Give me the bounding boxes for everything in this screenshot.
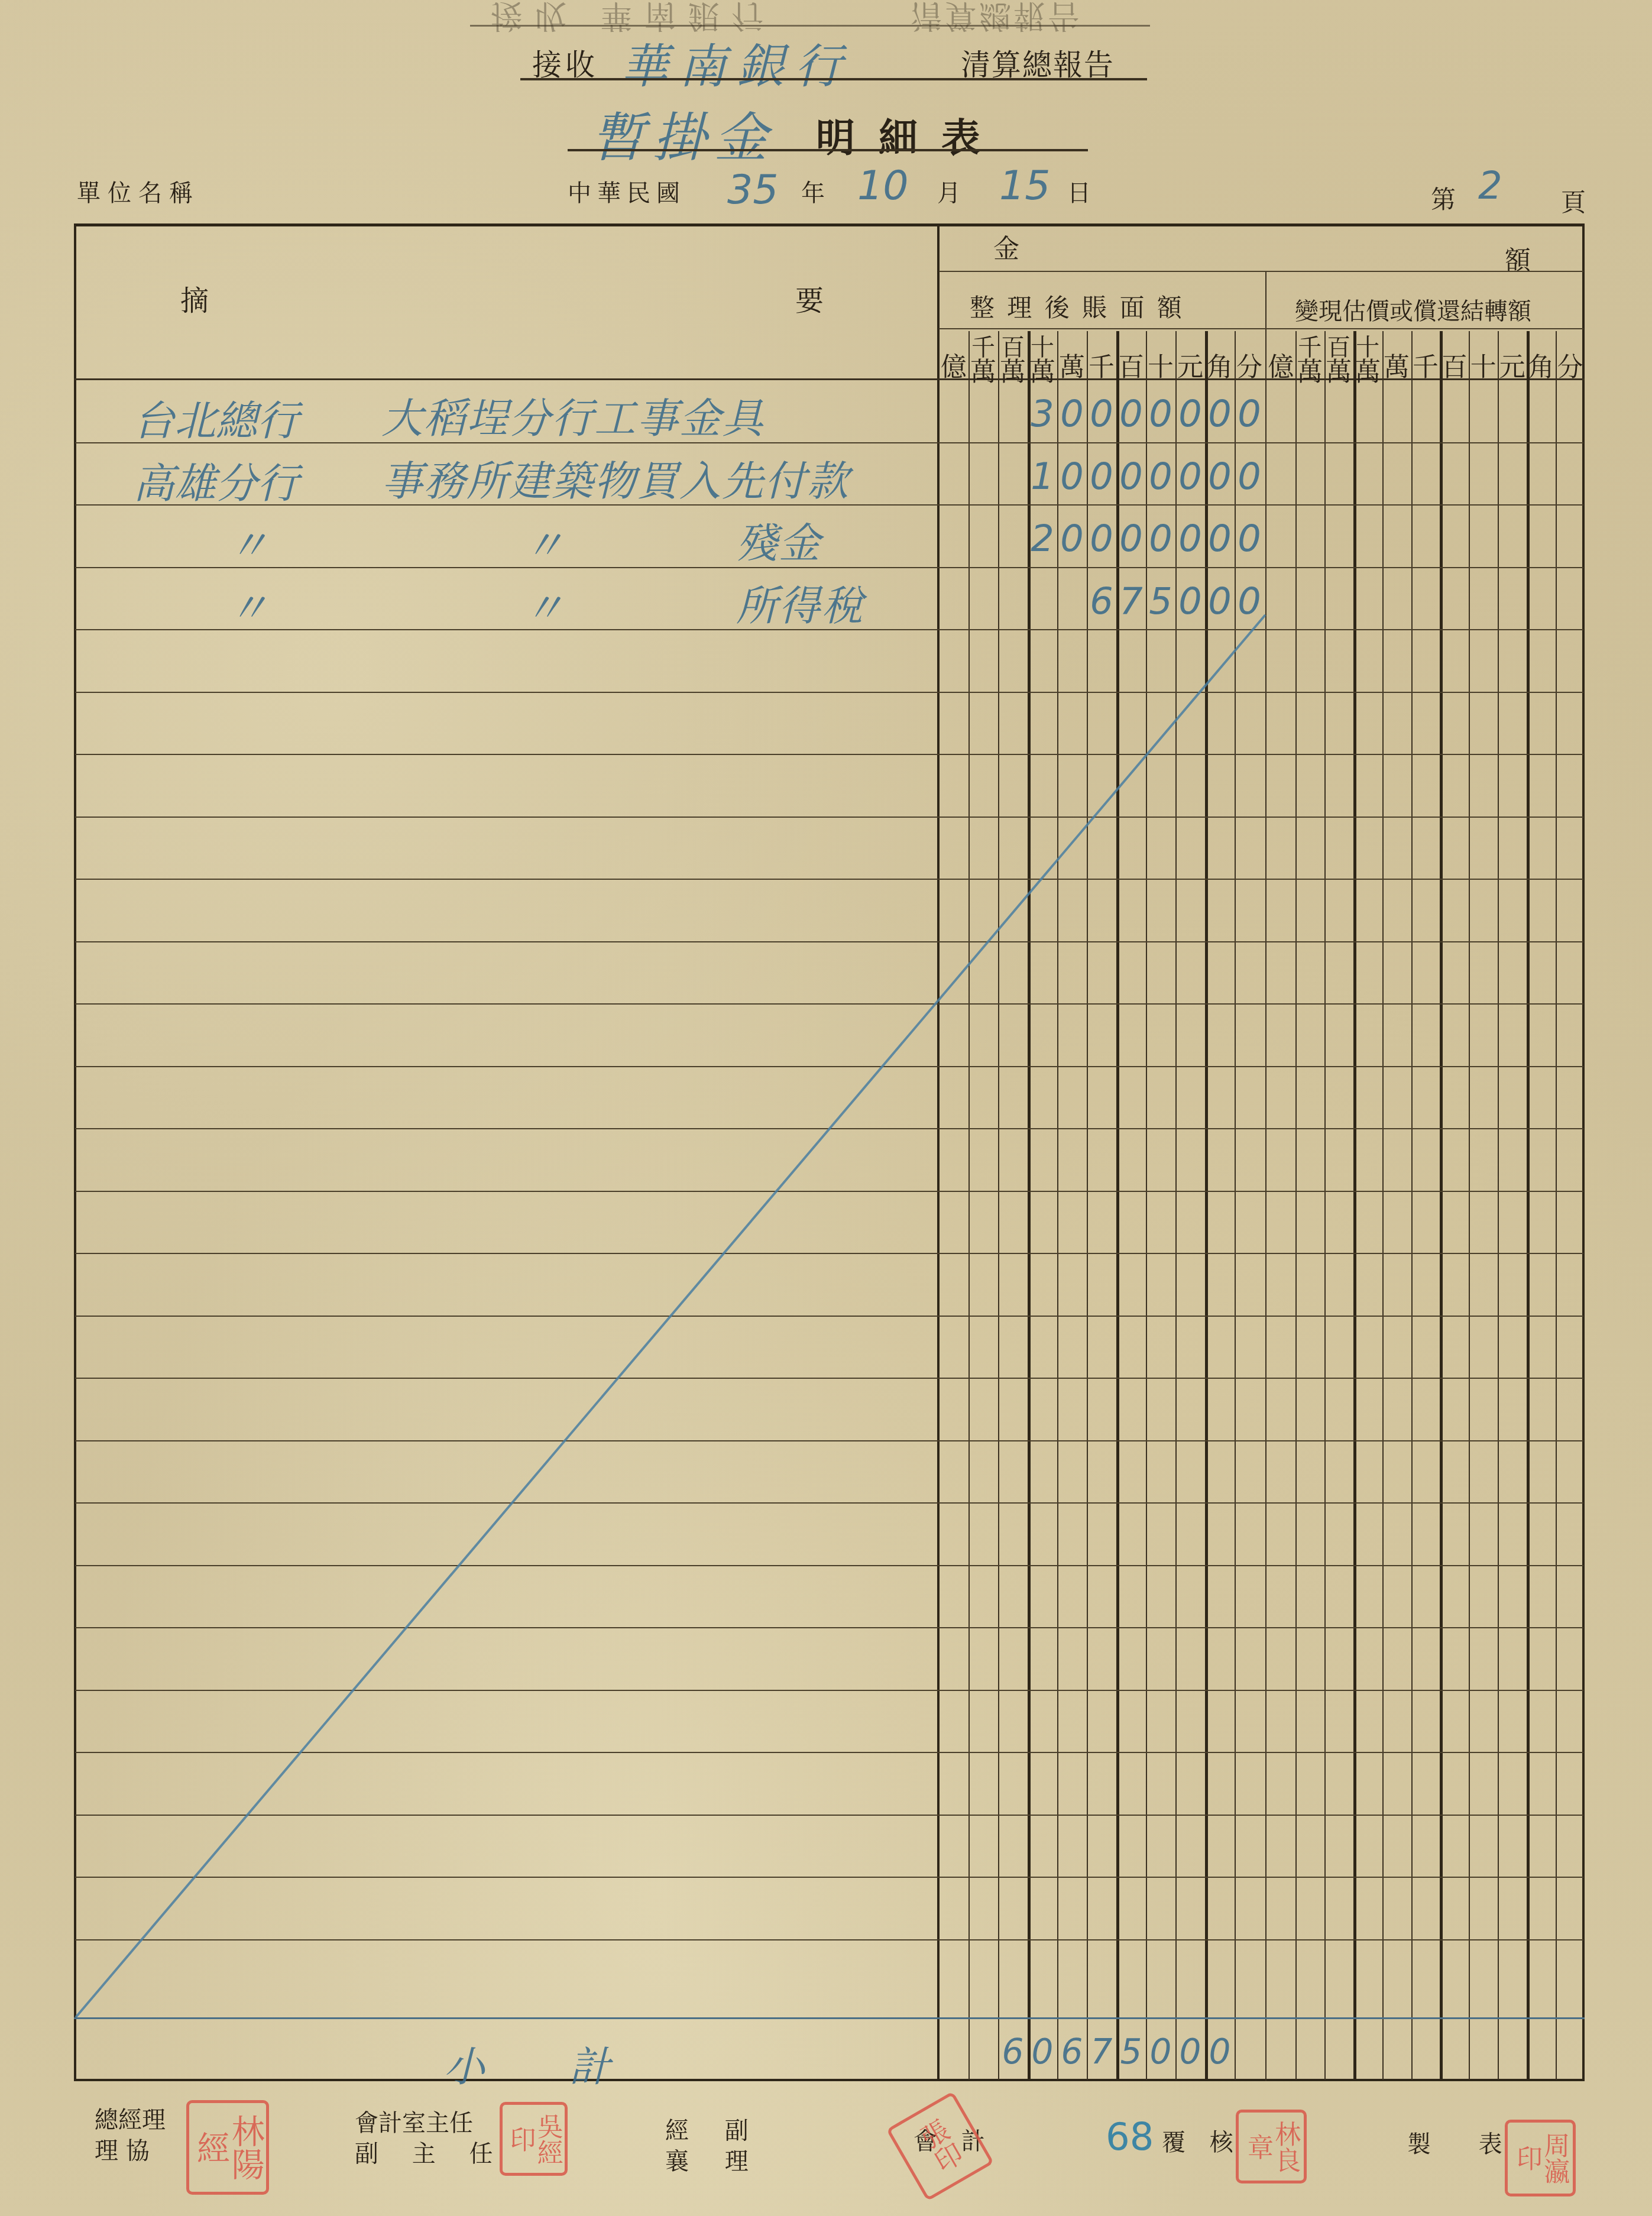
subtotal-top-rule <box>74 2017 1585 2019</box>
reviewer-stamp: 林良章 <box>1236 2110 1307 2183</box>
deputy-manager-label-line2: 襄 理 <box>665 2146 763 2177</box>
deputy-manager-label-line1: 經 副 <box>665 2115 763 2146</box>
subtotal-digit: 0 <box>1028 2025 1057 2078</box>
accounting-chief-label-line1: 會計室主任 <box>355 2108 506 2139</box>
subtotal-digit: 0 <box>1205 2025 1235 2078</box>
subtotal-digit: 0 <box>1146 2025 1175 2078</box>
review-label: 覆 核 <box>1162 2124 1242 2157</box>
accounting-chief-label-line2: 副 主 任 <box>355 2139 506 2169</box>
diagonal-cancel-line <box>0 0 1652 2216</box>
accounting-chief-stamp: 吳經印 <box>500 2102 568 2176</box>
deputy-manager-label: 經 副 襄 理 <box>665 2115 763 2177</box>
general-manager-stamp: 林陽經 <box>186 2100 269 2195</box>
preparer-stamp: 周瀛印 <box>1505 2120 1576 2196</box>
general-manager-label: 總經理 理 協 <box>95 2105 166 2166</box>
general-manager-label-line1: 總經理 <box>95 2105 166 2136</box>
subtotal-digit: 0 <box>1175 2025 1205 2078</box>
subtotal-digit: 7 <box>1087 2025 1116 2078</box>
review-number: 68 <box>1106 2115 1154 2159</box>
subtotal-label: 小 計 <box>443 2034 646 2094</box>
accounting-chief-label: 會計室主任 副 主 任 <box>355 2108 506 2169</box>
subtotal-digit: 5 <box>1116 2025 1146 2078</box>
subtotal-digit: 6 <box>1057 2025 1087 2078</box>
subtotal-digit: 6 <box>998 2025 1028 2078</box>
general-manager-label-line2: 理 協 <box>95 2136 166 2166</box>
